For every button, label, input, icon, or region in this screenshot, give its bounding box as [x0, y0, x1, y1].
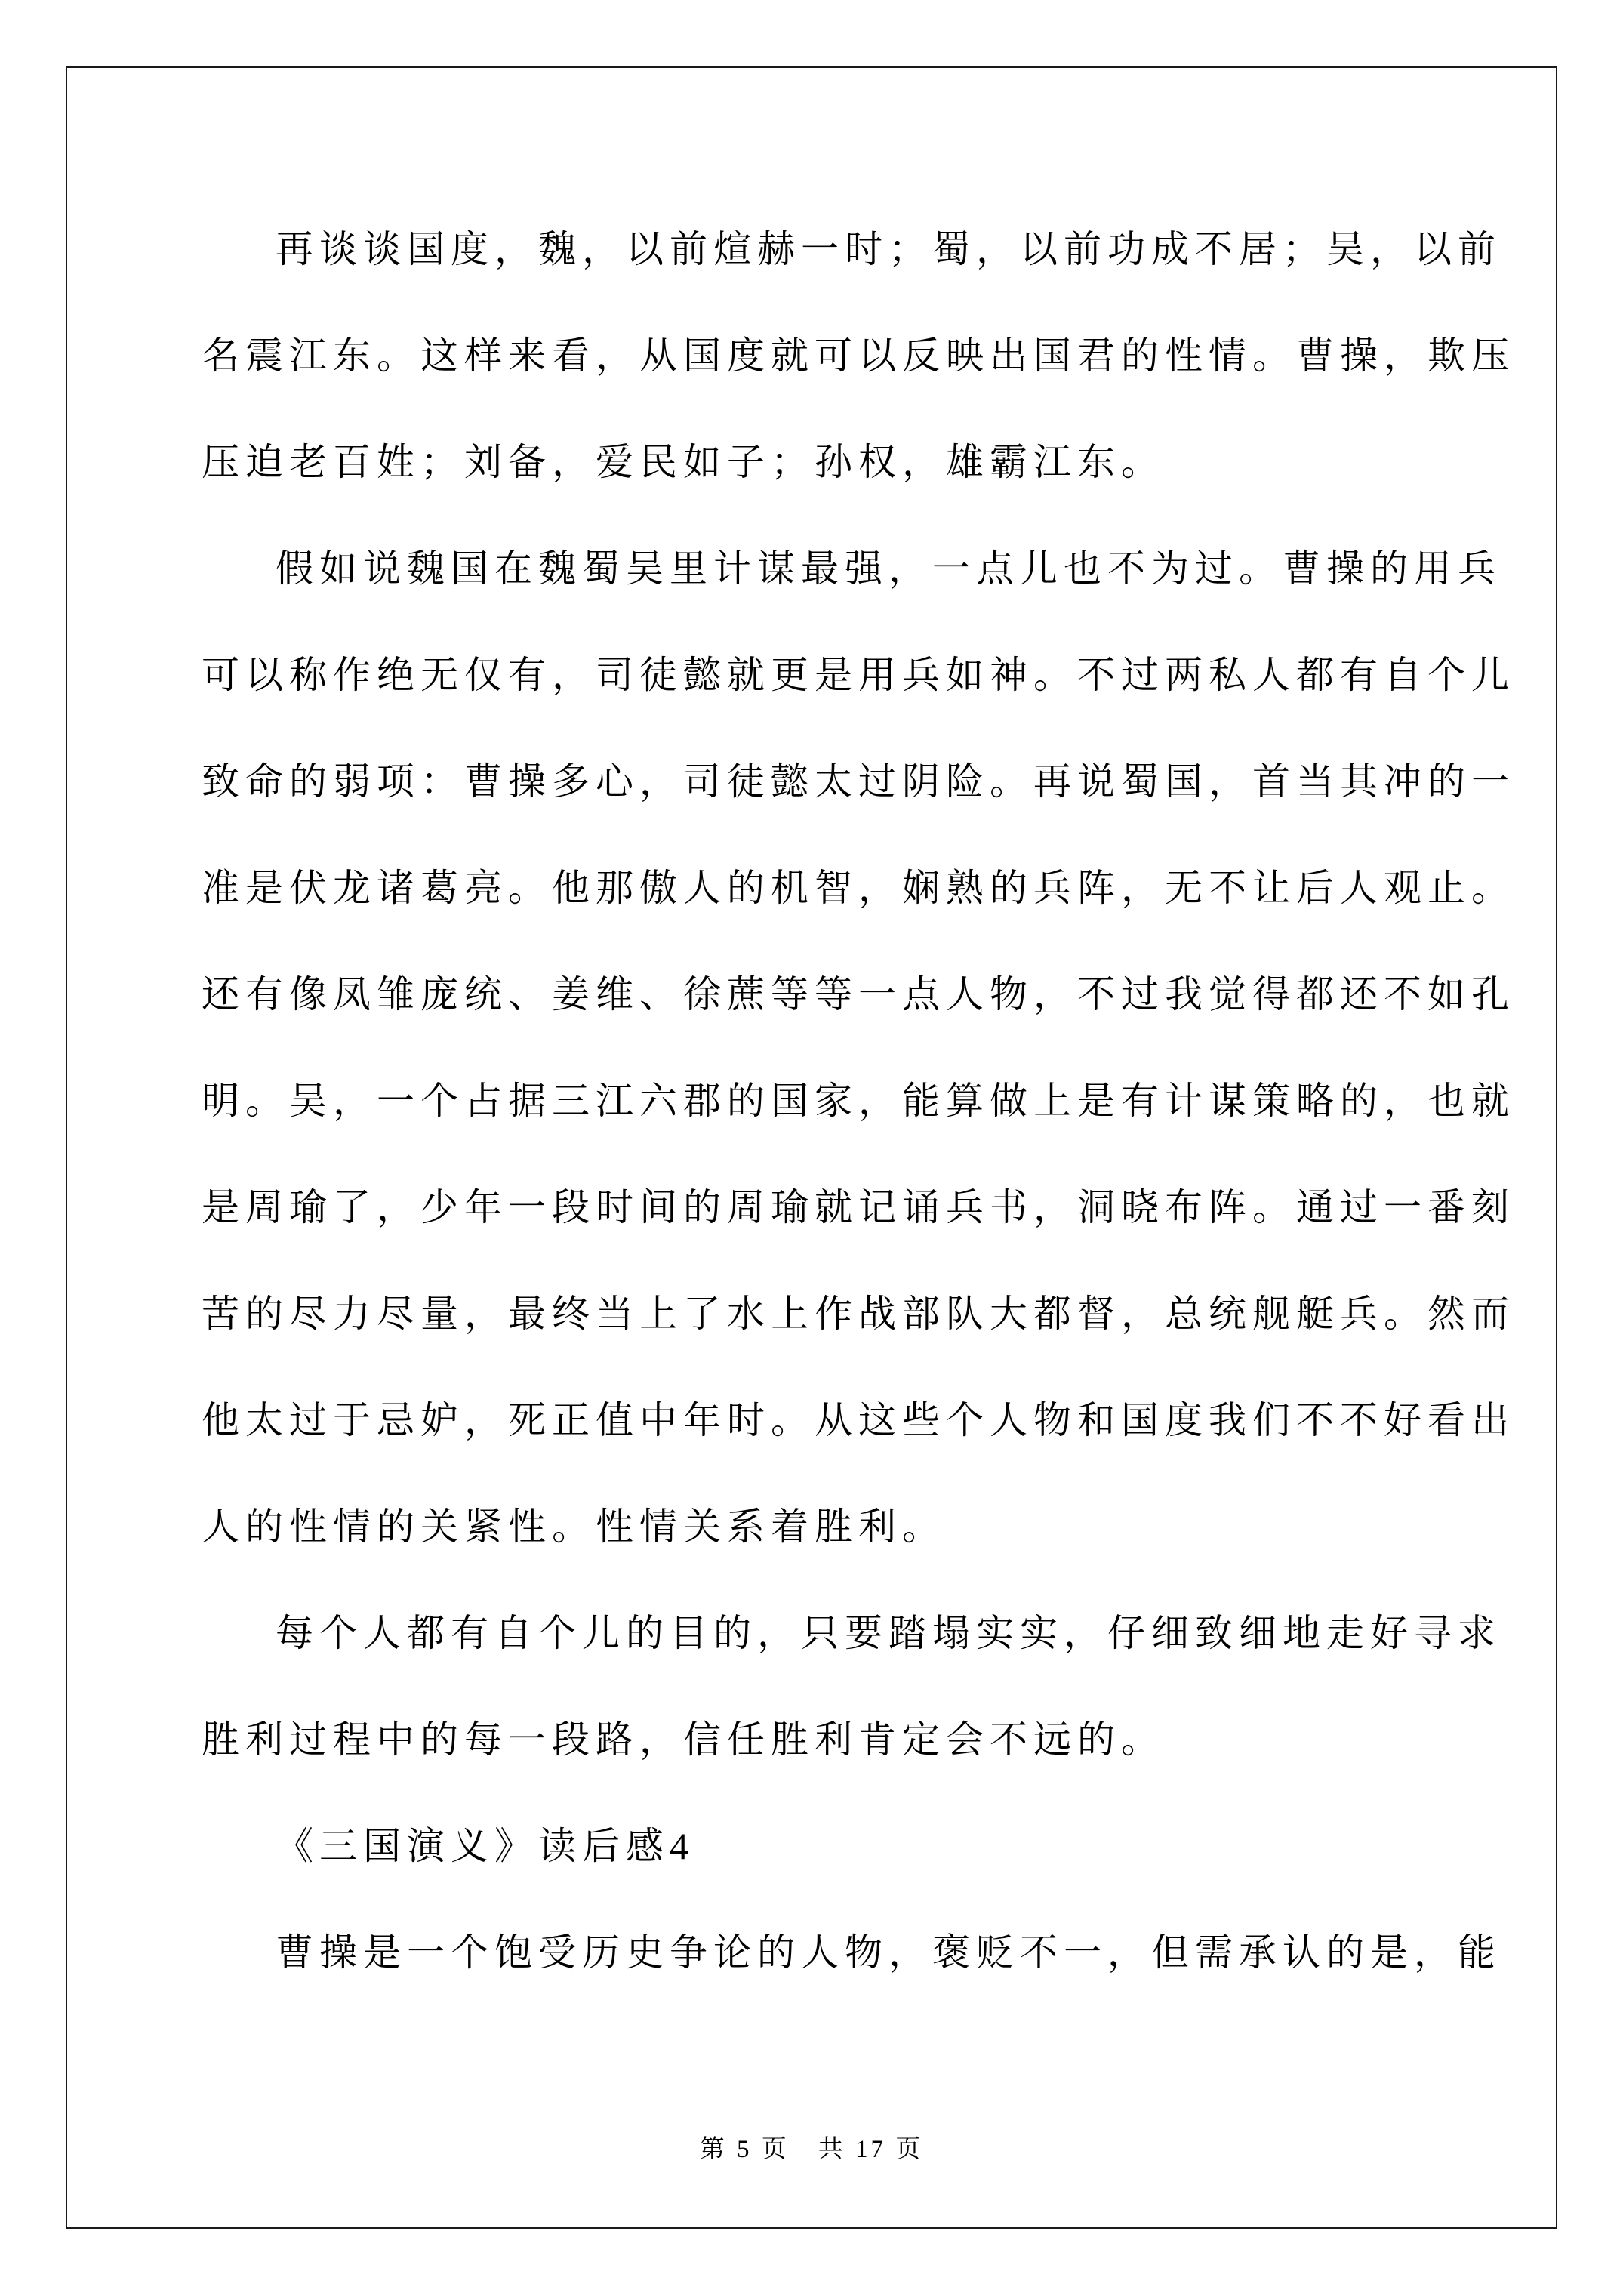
text-line: 假如说魏国在魏蜀吴里计谋最强，一点儿也不为过。曹操的用兵	[202, 516, 1520, 622]
text-line: 是周瑜了，少年一段时间的周瑜就记诵兵书，洞晓布阵。通过一番刻	[202, 1154, 1520, 1261]
text-line: 胜利过程中的每一段路，信任胜利肯定会不远的。	[202, 1687, 1520, 1793]
text-line: 人的性情的关紧性。性情关系着胜利。	[202, 1474, 1520, 1580]
text-line: 再谈谈国度，魏，以前煊赫一时；蜀，以前功成不居；吴，以前	[202, 196, 1520, 303]
footer-page-number: 第 5 页	[700, 2136, 790, 2163]
text-line: 曹操是一个饱受历史争论的人物，褒贬不一，但需承认的是，能	[202, 1900, 1520, 2006]
footer-total-pages: 共 17 页	[818, 2136, 924, 2163]
text-line: 《三国演义》读后感4	[202, 1793, 1520, 1900]
page-footer: 第 5 页共 17 页	[66, 2129, 1557, 2165]
text-line: 还有像凤雏庞统、姜维、徐蔗等等一点人物，不过我觉得都还不如孔	[202, 942, 1520, 1048]
text-line: 他太过于忌妒，死正值中年时。从这些个人物和国度我们不不好看出	[202, 1367, 1520, 1474]
text-line: 可以称作绝无仅有，司徒懿就更是用兵如神。不过两私人都有自个儿	[202, 622, 1520, 729]
text-line: 名震江东。这样来看，从国度就可以反映出国君的性情。曹操，欺压	[202, 303, 1520, 409]
document-body: 再谈谈国度，魏，以前煊赫一时；蜀，以前功成不居；吴，以前名震江东。这样来看，从国…	[202, 196, 1520, 2006]
text-line: 苦的尽力尽量，最终当上了水上作战部队大都督，总统舰艇兵。然而	[202, 1261, 1520, 1367]
text-line: 每个人都有自个儿的目的，只要踏塌实实，仔细致细地走好寻求	[202, 1580, 1520, 1687]
text-line: 准是伏龙诸葛亮。他那傲人的机智，娴熟的兵阵，无不让后人观止。	[202, 835, 1520, 942]
text-line: 明。吴，一个占据三江六郡的国家，能算做上是有计谋策略的，也就	[202, 1048, 1520, 1154]
text-line: 致命的弱项：曹操多心，司徒懿太过阴险。再说蜀国，首当其冲的一	[202, 729, 1520, 835]
text-line: 压迫老百姓；刘备，爱民如子；孙权，雄霸江东。	[202, 409, 1520, 516]
